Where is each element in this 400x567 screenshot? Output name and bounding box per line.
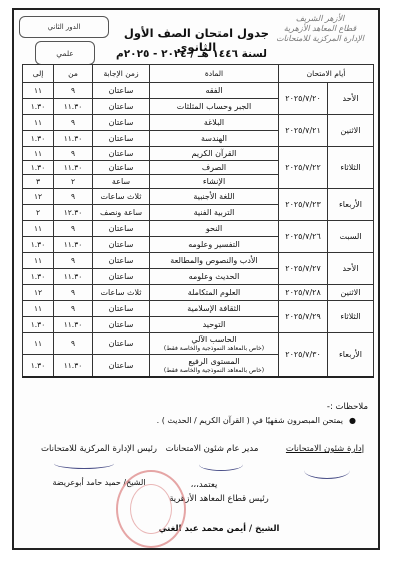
subject-cell: الهندسة <box>150 131 279 147</box>
table-row: السبت ٢٠٢٥/٧/٢٦ النحو ساعتان ٩ ١١ <box>23 221 374 237</box>
header-from: من <box>54 65 93 83</box>
duration-cell: ساعتان <box>93 355 150 378</box>
subject-cell: القرآن الكريم <box>150 147 279 161</box>
from-cell: ٩ <box>54 333 93 355</box>
signature-title: إدارة شئون الامتحانات <box>280 444 370 454</box>
from-cell: ٢ <box>54 175 93 189</box>
day-cell: الاثنين <box>328 285 374 301</box>
to-cell: ١.٣٠ <box>23 317 54 333</box>
from-cell: ٩ <box>54 83 93 99</box>
day-cell: الأحد <box>328 253 374 285</box>
to-cell: ٣ <box>23 175 54 189</box>
signature-exam-affairs: إدارة شئون الامتحانات <box>280 444 370 454</box>
table-row: الثلاثاء ٢٠٢٥/٧/٢٢ القرآن الكريم ساعتان … <box>23 147 374 161</box>
exam-round-label: الدور الثاني <box>19 16 109 38</box>
subject-cell: الصرف <box>150 161 279 175</box>
signature-general-manager: مدير عام شئون الامتحانات <box>152 444 272 454</box>
subject-cell: الحديث وعلومه <box>150 269 279 285</box>
to-cell: ١٢ <box>23 189 54 205</box>
subject-cell: الثقافة الإسلامية <box>150 301 279 317</box>
duration-cell: ثلاث ساعات <box>93 189 150 205</box>
notes-heading: ملاحظات :- <box>327 402 368 412</box>
table-row: الثلاثاء ٢٠٢٥/٧/٢٩ الثقافة الإسلامية ساع… <box>23 301 374 317</box>
subject-cell: الفقه <box>150 83 279 99</box>
subject-note: (خاص بالمعاهد النموذجية والخاصة فقط) <box>150 367 278 374</box>
duration-cell: ساعة <box>93 175 150 189</box>
subject-cell: اللغة الأجنبية <box>150 189 279 205</box>
day-cell: الثلاثاء <box>328 147 374 189</box>
date-cell: ٢٠٢٥/٧/٢٢ <box>279 147 328 189</box>
duration-cell: ساعتان <box>93 269 150 285</box>
to-cell: ١.٣٠ <box>23 355 54 378</box>
duration-cell: ساعتان <box>93 161 150 175</box>
date-cell: ٢٠٢٥/٧/٢٩ <box>279 301 328 333</box>
duration-cell: ساعتان <box>93 221 150 237</box>
duration-cell: ساعة ونصف <box>93 205 150 221</box>
from-cell: ١١.٣٠ <box>54 237 93 253</box>
to-cell: ١.٣٠ <box>23 269 54 285</box>
note-item: ●يمتحن المبصرون شفهيًا في ( القرآن الكري… <box>157 416 356 425</box>
from-cell: ١١.٣٠ <box>54 99 93 115</box>
subject-cell: الإنشاء <box>150 175 279 189</box>
table-row: الاثنين ٢٠٢٥/٧/٢١ البلاغة ساعتان ٩ ١١ <box>23 115 374 131</box>
subject-cell: التربية الفنية <box>150 205 279 221</box>
duration-cell: ساعتان <box>93 131 150 147</box>
from-cell: ١١.٣٠ <box>54 355 93 378</box>
duration-cell: ساعتان <box>93 237 150 253</box>
subject-name: المستوى الرفيع <box>188 357 239 366</box>
day-cell: الأحد <box>328 83 374 115</box>
to-cell: ١١ <box>23 115 54 131</box>
date-cell: ٢٠٢٥/٧/٢١ <box>279 115 328 147</box>
table-row: الأربعاء ٢٠٢٥/٧/٢٣ اللغة الأجنبية ثلاث س… <box>23 189 374 205</box>
from-cell: ١١.٣٠ <box>54 161 93 175</box>
exam-schedule-document: الأزهر الشريف قطاع المعاهد الأزهرية الإد… <box>12 8 380 550</box>
signature-scribble-icon <box>199 458 243 471</box>
table-row: الأحد ٢٠٢٥/٧/٢٠ الفقه ساعتان ٩ ١١ <box>23 83 374 99</box>
day-cell: الاثنين <box>328 115 374 147</box>
subject-cell: البلاغة <box>150 115 279 131</box>
ministry-header: الأزهر الشريف قطاع المعاهد الأزهرية الإد… <box>270 14 370 44</box>
to-cell: ١.٣٠ <box>23 161 54 175</box>
from-cell: ١١.٣٠ <box>54 269 93 285</box>
from-cell: ٩ <box>54 285 93 301</box>
subject-cell: التوحيد <box>150 317 279 333</box>
to-cell: ١.٣٠ <box>23 99 54 115</box>
from-cell: ٩ <box>54 189 93 205</box>
subject-cell: الحاسب الآلي (خاص بالمعاهد النموذجية وال… <box>150 333 279 355</box>
from-cell: ١٢.٣٠ <box>54 205 93 221</box>
track-label: علمي <box>35 41 95 65</box>
table-row: الأحد ٢٠٢٥/٧/٢٧ الأدب والنصوص والمطالعة … <box>23 253 374 269</box>
from-cell: ٩ <box>54 115 93 131</box>
from-cell: ٩ <box>54 301 93 317</box>
note-text: يمتحن المبصرون شفهيًا في ( القرآن الكريم… <box>157 416 343 425</box>
from-cell: ١١.٣٠ <box>54 317 93 333</box>
subject-cell: التفسير وعلومه <box>150 237 279 253</box>
header-days: أيام الامتحان <box>279 65 374 83</box>
day-cell: السبت <box>328 221 374 253</box>
signature-title: مدير عام شئون الامتحانات <box>152 444 272 454</box>
subject-name: الحاسب الآلي <box>191 335 236 344</box>
day-cell: الأربعاء <box>328 333 374 378</box>
subject-cell: الأدب والنصوص والمطالعة <box>150 253 279 269</box>
signature-scribble-icon <box>304 462 350 479</box>
header-subject: المادة <box>150 65 279 83</box>
subject-cell: العلوم المتكاملة <box>150 285 279 301</box>
ministry-line: الأزهر الشريف <box>270 14 370 24</box>
date-cell: ٢٠٢٥/٧/٢٧ <box>279 253 328 285</box>
schedule-table: أيام الامتحان المادة زمن الإجابة من إلى … <box>22 64 374 378</box>
duration-cell: ساعتان <box>93 115 150 131</box>
date-cell: ٢٠٢٥/٧/٣٠ <box>279 333 328 378</box>
official-stamp-icon <box>116 470 186 548</box>
to-cell: ١.٣٠ <box>23 131 54 147</box>
from-cell: ٩ <box>54 147 93 161</box>
duration-cell: ساعتان <box>93 99 150 115</box>
duration-cell: ساعتان <box>93 301 150 317</box>
day-cell: الثلاثاء <box>328 301 374 333</box>
duration-cell: ساعتان <box>93 317 150 333</box>
duration-cell: ثلاث ساعات <box>93 285 150 301</box>
subject-cell: المستوى الرفيع (خاص بالمعاهد النموذجية و… <box>150 355 279 378</box>
date-cell: ٢٠٢٥/٧/٢٣ <box>279 189 328 221</box>
from-cell: ٩ <box>54 253 93 269</box>
duration-cell: ساعتان <box>93 333 150 355</box>
ministry-line: الإدارة المركزية للامتحانات <box>270 34 370 44</box>
subject-note: (خاص بالمعاهد النموذجية والخاصة فقط) <box>150 345 278 352</box>
day-cell: الأربعاء <box>328 189 374 221</box>
to-cell: ١.٣٠ <box>23 237 54 253</box>
header-to: إلى <box>23 65 54 83</box>
to-cell: ١١ <box>23 147 54 161</box>
to-cell: ٢ <box>23 205 54 221</box>
subject-cell: النحو <box>150 221 279 237</box>
date-cell: ٢٠٢٥/٧/٢٠ <box>279 83 328 115</box>
to-cell: ١٢ <box>23 285 54 301</box>
ministry-line: قطاع المعاهد الأزهرية <box>270 24 370 34</box>
to-cell: ١١ <box>23 83 54 99</box>
from-cell: ١١.٣٠ <box>54 131 93 147</box>
date-cell: ٢٠٢٥/٧/٢٨ <box>279 285 328 301</box>
bullet-icon: ● <box>349 416 356 425</box>
from-cell: ٩ <box>54 221 93 237</box>
date-cell: ٢٠٢٥/٧/٢٦ <box>279 221 328 253</box>
duration-cell: ساعتان <box>93 147 150 161</box>
to-cell: ١١ <box>23 333 54 355</box>
academic-year: لسنة ١٤٤٦ هـ / ٢٠٢٤ - ٢٠٢٥م <box>104 48 279 60</box>
signature-title: رئيس الإدارة المركزية للامتحانات <box>34 444 164 454</box>
table-header-row: أيام الامتحان المادة زمن الإجابة من إلى <box>23 65 374 83</box>
duration-cell: ساعتان <box>93 83 150 99</box>
stamp-emblem-icon <box>130 484 172 534</box>
table-row: الاثنين ٢٠٢٥/٧/٢٨ العلوم المتكاملة ثلاث … <box>23 285 374 301</box>
subject-cell: الجبر وحساب المثلثات <box>150 99 279 115</box>
to-cell: ١١ <box>23 221 54 237</box>
duration-cell: ساعتان <box>93 253 150 269</box>
to-cell: ١١ <box>23 301 54 317</box>
header-duration: زمن الإجابة <box>93 65 150 83</box>
table-row: الأربعاء ٢٠٢٥/٧/٣٠ الحاسب الآلي (خاص بال… <box>23 333 374 355</box>
signature-central-head: رئيس الإدارة المركزية للامتحانات <box>34 444 164 454</box>
signature-scribble-icon <box>54 458 114 469</box>
to-cell: ١١ <box>23 253 54 269</box>
